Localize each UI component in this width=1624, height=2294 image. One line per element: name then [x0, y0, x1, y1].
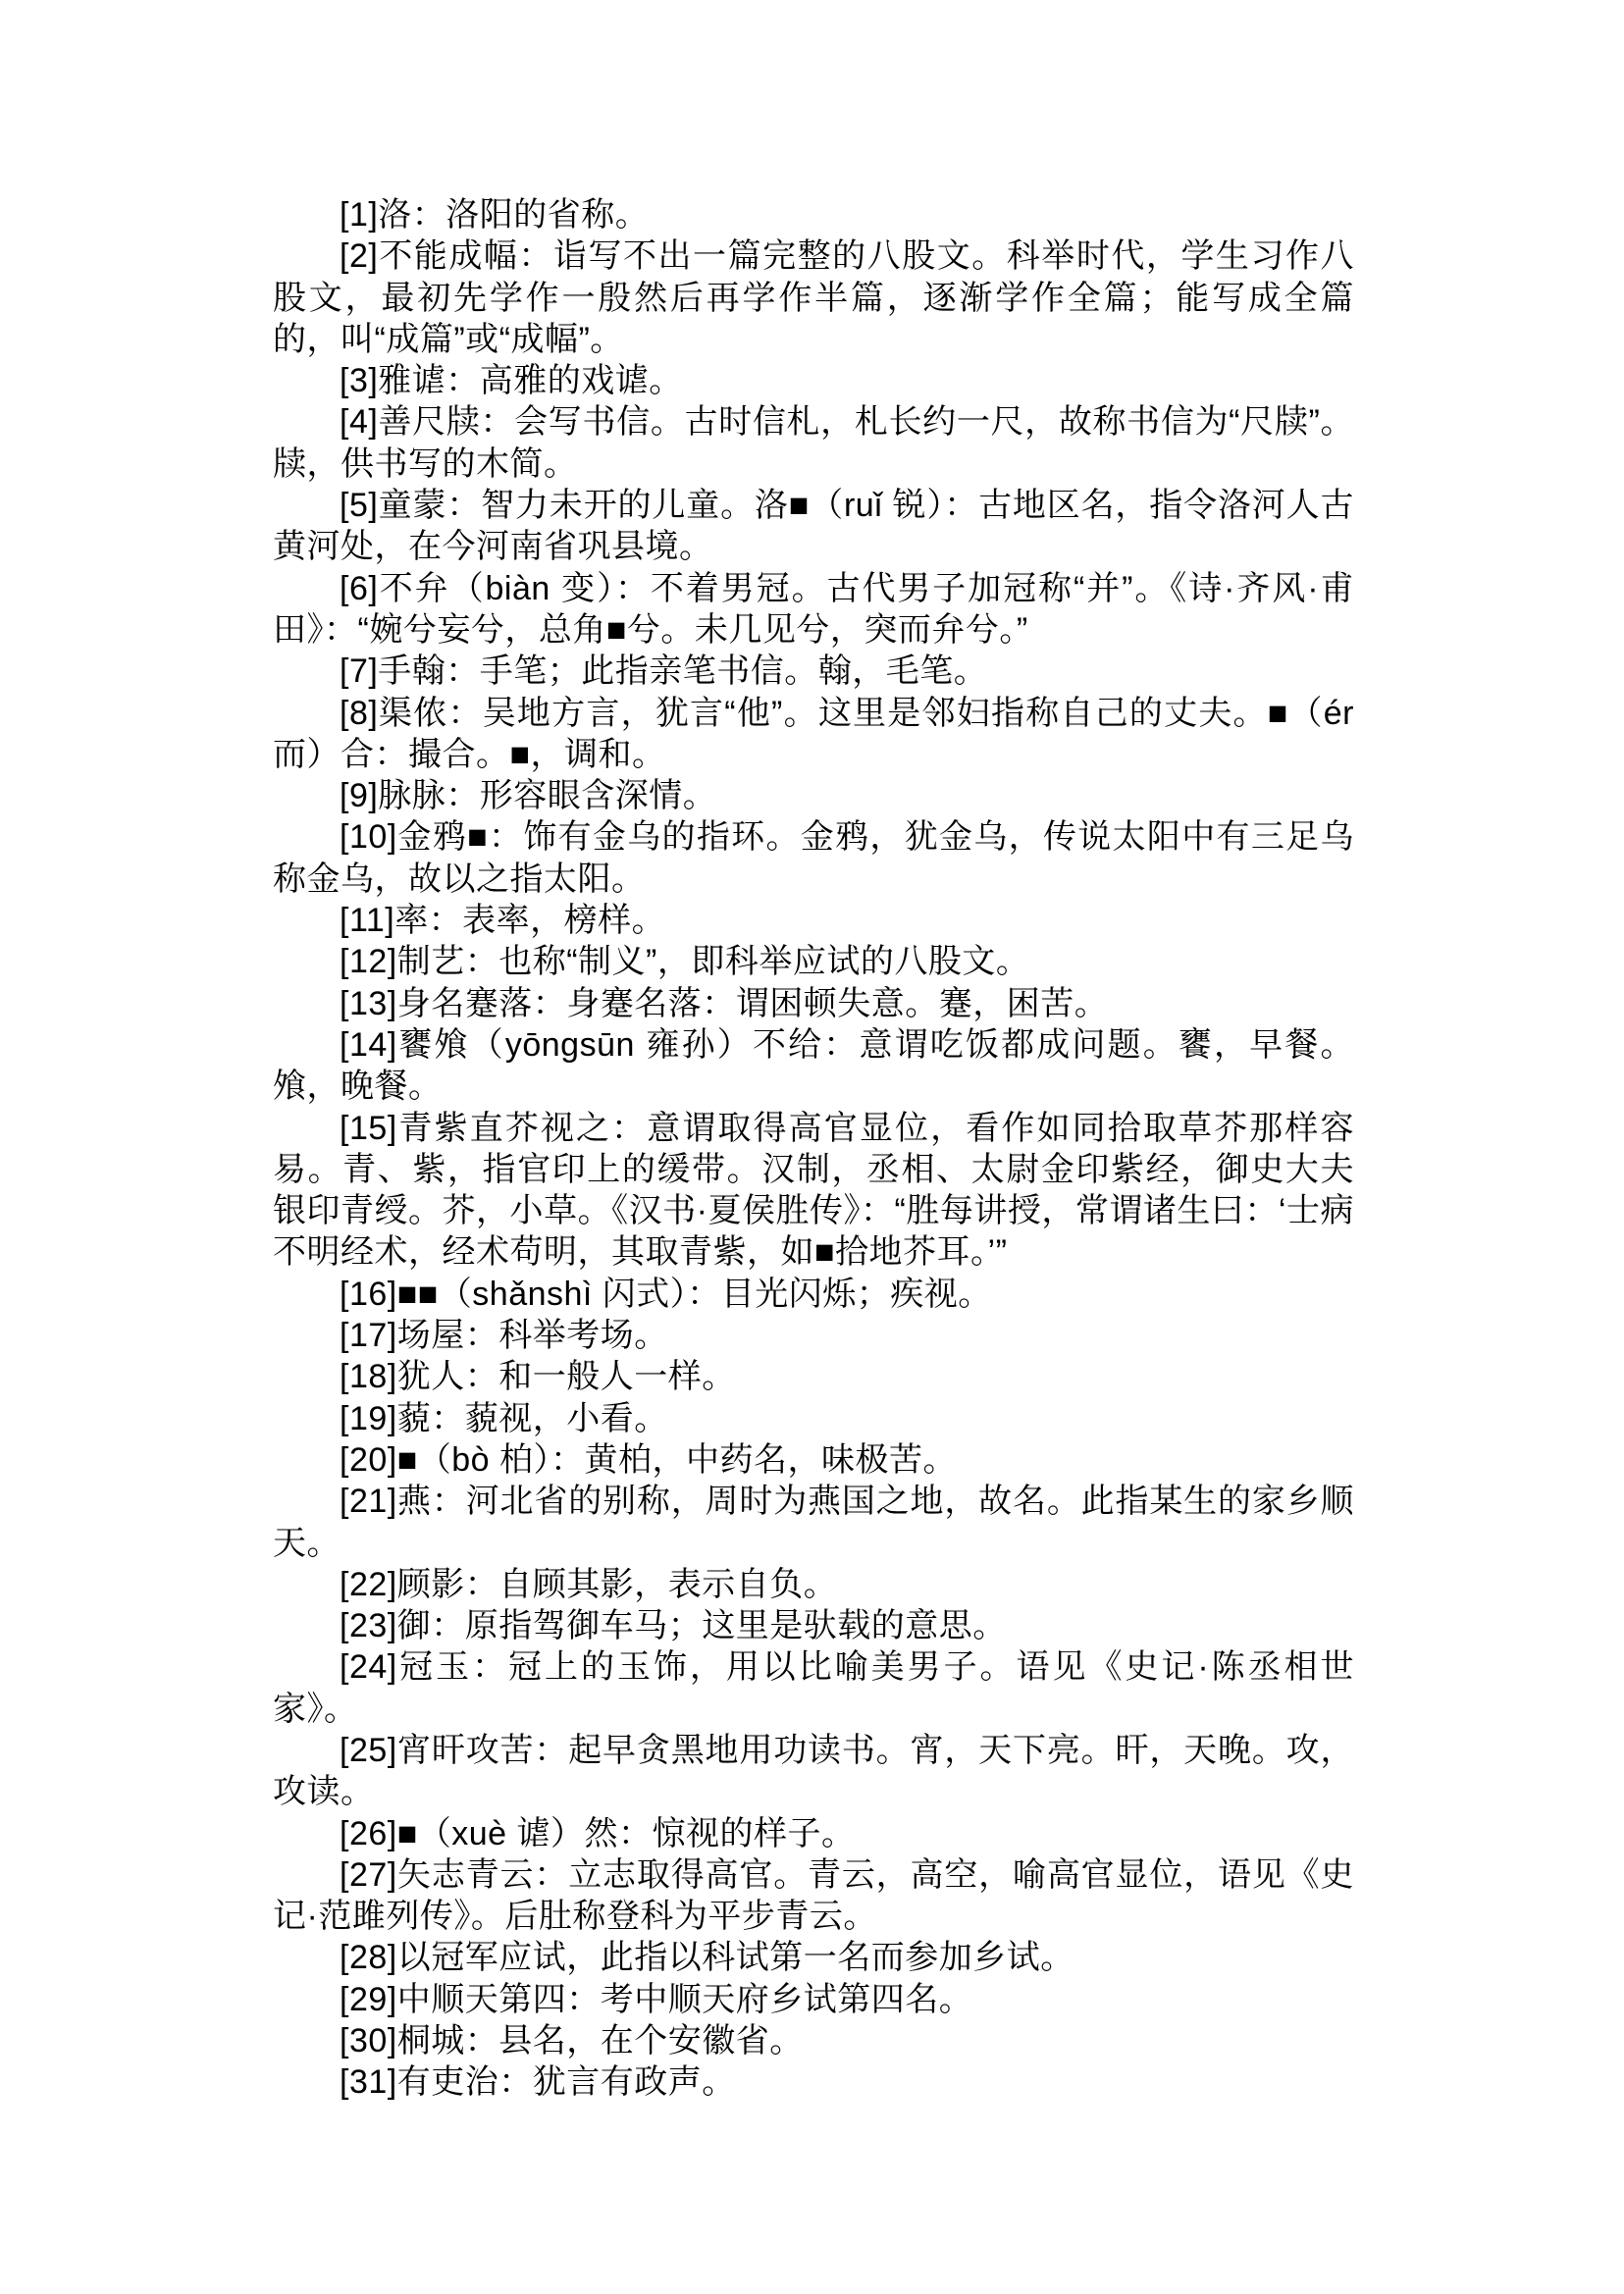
footnote-17: [17]场屋：科举考场。: [273, 1315, 1354, 1356]
footnote-13: [13]身名蹇落：身蹇名落：谓困顿失意。蹇，困苦。: [273, 983, 1354, 1024]
footnote-25: [25]宵旰攻苦：起早贪黑地用功读书。宵，天下亮。旰，天晚。攻，攻读。: [273, 1730, 1354, 1813]
footnote-21: [21]燕：河北省的别称，周时为燕国之地，故名。此指某生的家乡顺天。: [273, 1481, 1354, 1564]
footnote-14: [14]饔飧（yōngsūn 雍孙）不给：意谓吃饭都成问题。饔，早餐。飧，晚餐。: [273, 1024, 1354, 1108]
footnote-30: [30]桐城：县名，在个安徽省。: [273, 2020, 1354, 2061]
footnote-9: [9]脉脉：形容眼含深情。: [273, 775, 1354, 816]
footnote-15: [15]青紫直芥视之：意谓取得高官显位，看作如同拾取草芥那样容易。青、紫，指官印…: [273, 1108, 1354, 1274]
footnote-24: [24]冠玉：冠上的玉饰，用以比喻美男子。语见《史记·陈丞相世家》。: [273, 1646, 1354, 1730]
footnote-12: [12]制艺：也称“制义”，即科举应试的八股文。: [273, 941, 1354, 982]
footnote-26: [26]■（xuè 谑）然：惊视的样子。: [273, 1813, 1354, 1854]
footnote-19: [19]藐：藐视，小看。: [273, 1398, 1354, 1439]
footnote-7: [7]手翰：手笔；此指亲笔书信。翰，毛笔。: [273, 651, 1354, 692]
footnote-29: [29]中顺天第四：考中顺天府乡试第四名。: [273, 1979, 1354, 2020]
footnote-5: [5]童蒙：智力未开的儿童。洛■（ruǐ 锐）：古地区名，指令洛河人古黄河处，在…: [273, 485, 1354, 568]
footnote-2: [2]不能成幅：诣写不出一篇完整的八股文。科举时代，学生习作八股文，最初先学作一…: [273, 235, 1354, 360]
footnote-4: [4]善尺牍：会写书信。古时信札，札长约一尺，故称书信为“尺牍”。牍，供书写的木…: [273, 401, 1354, 485]
footnote-22: [22]顾影：自顾其影，表示自负。: [273, 1564, 1354, 1605]
footnote-27: [27]矢志青云：立志取得高官。青云，高空，喻高官显位，语见《史记·范雎列传》。…: [273, 1854, 1354, 1938]
footnote-20: [20]■（bò 柏）：黄柏，中药名，味极苦。: [273, 1439, 1354, 1481]
footnote-23: [23]御：原指驾御车马；这里是驮载的意思。: [273, 1605, 1354, 1646]
footnote-28: [28]以冠军应试，此指以科试第一名而参加乡试。: [273, 1937, 1354, 1978]
footnotes-block: [1]洛：洛阳的省称。 [2]不能成幅：诣写不出一篇完整的八股文。科举时代，学生…: [273, 194, 1354, 2104]
footnote-3: [3]雅谑：高雅的戏谑。: [273, 360, 1354, 401]
footnote-16: [16]■■（shǎnshì 闪式）：目光闪烁；疾视。: [273, 1274, 1354, 1315]
footnote-8: [8]渠侬：吴地方言，犹言“他”。这里是邻妇指称自己的丈夫。■（ér 而）合：撮…: [273, 693, 1354, 776]
footnote-6: [6]不弁（biàn 变）：不着男冠。古代男子加冠称“并”。《诗·齐风·甫田》：…: [273, 568, 1354, 652]
document-page: [1]洛：洛阳的省称。 [2]不能成幅：诣写不出一篇完整的八股文。科举时代，学生…: [0, 0, 1624, 2294]
footnote-1: [1]洛：洛阳的省称。: [273, 194, 1354, 235]
footnote-31: [31]有吏治：犹言有政声。: [273, 2061, 1354, 2103]
footnote-11: [11]率：表率，榜样。: [273, 900, 1354, 941]
footnote-10: [10]金鸦■：饰有金乌的指环。金鸦，犹金乌，传说太阳中有三足乌称金乌，故以之指…: [273, 816, 1354, 900]
footnote-18: [18]犹人：和一般人一样。: [273, 1356, 1354, 1397]
